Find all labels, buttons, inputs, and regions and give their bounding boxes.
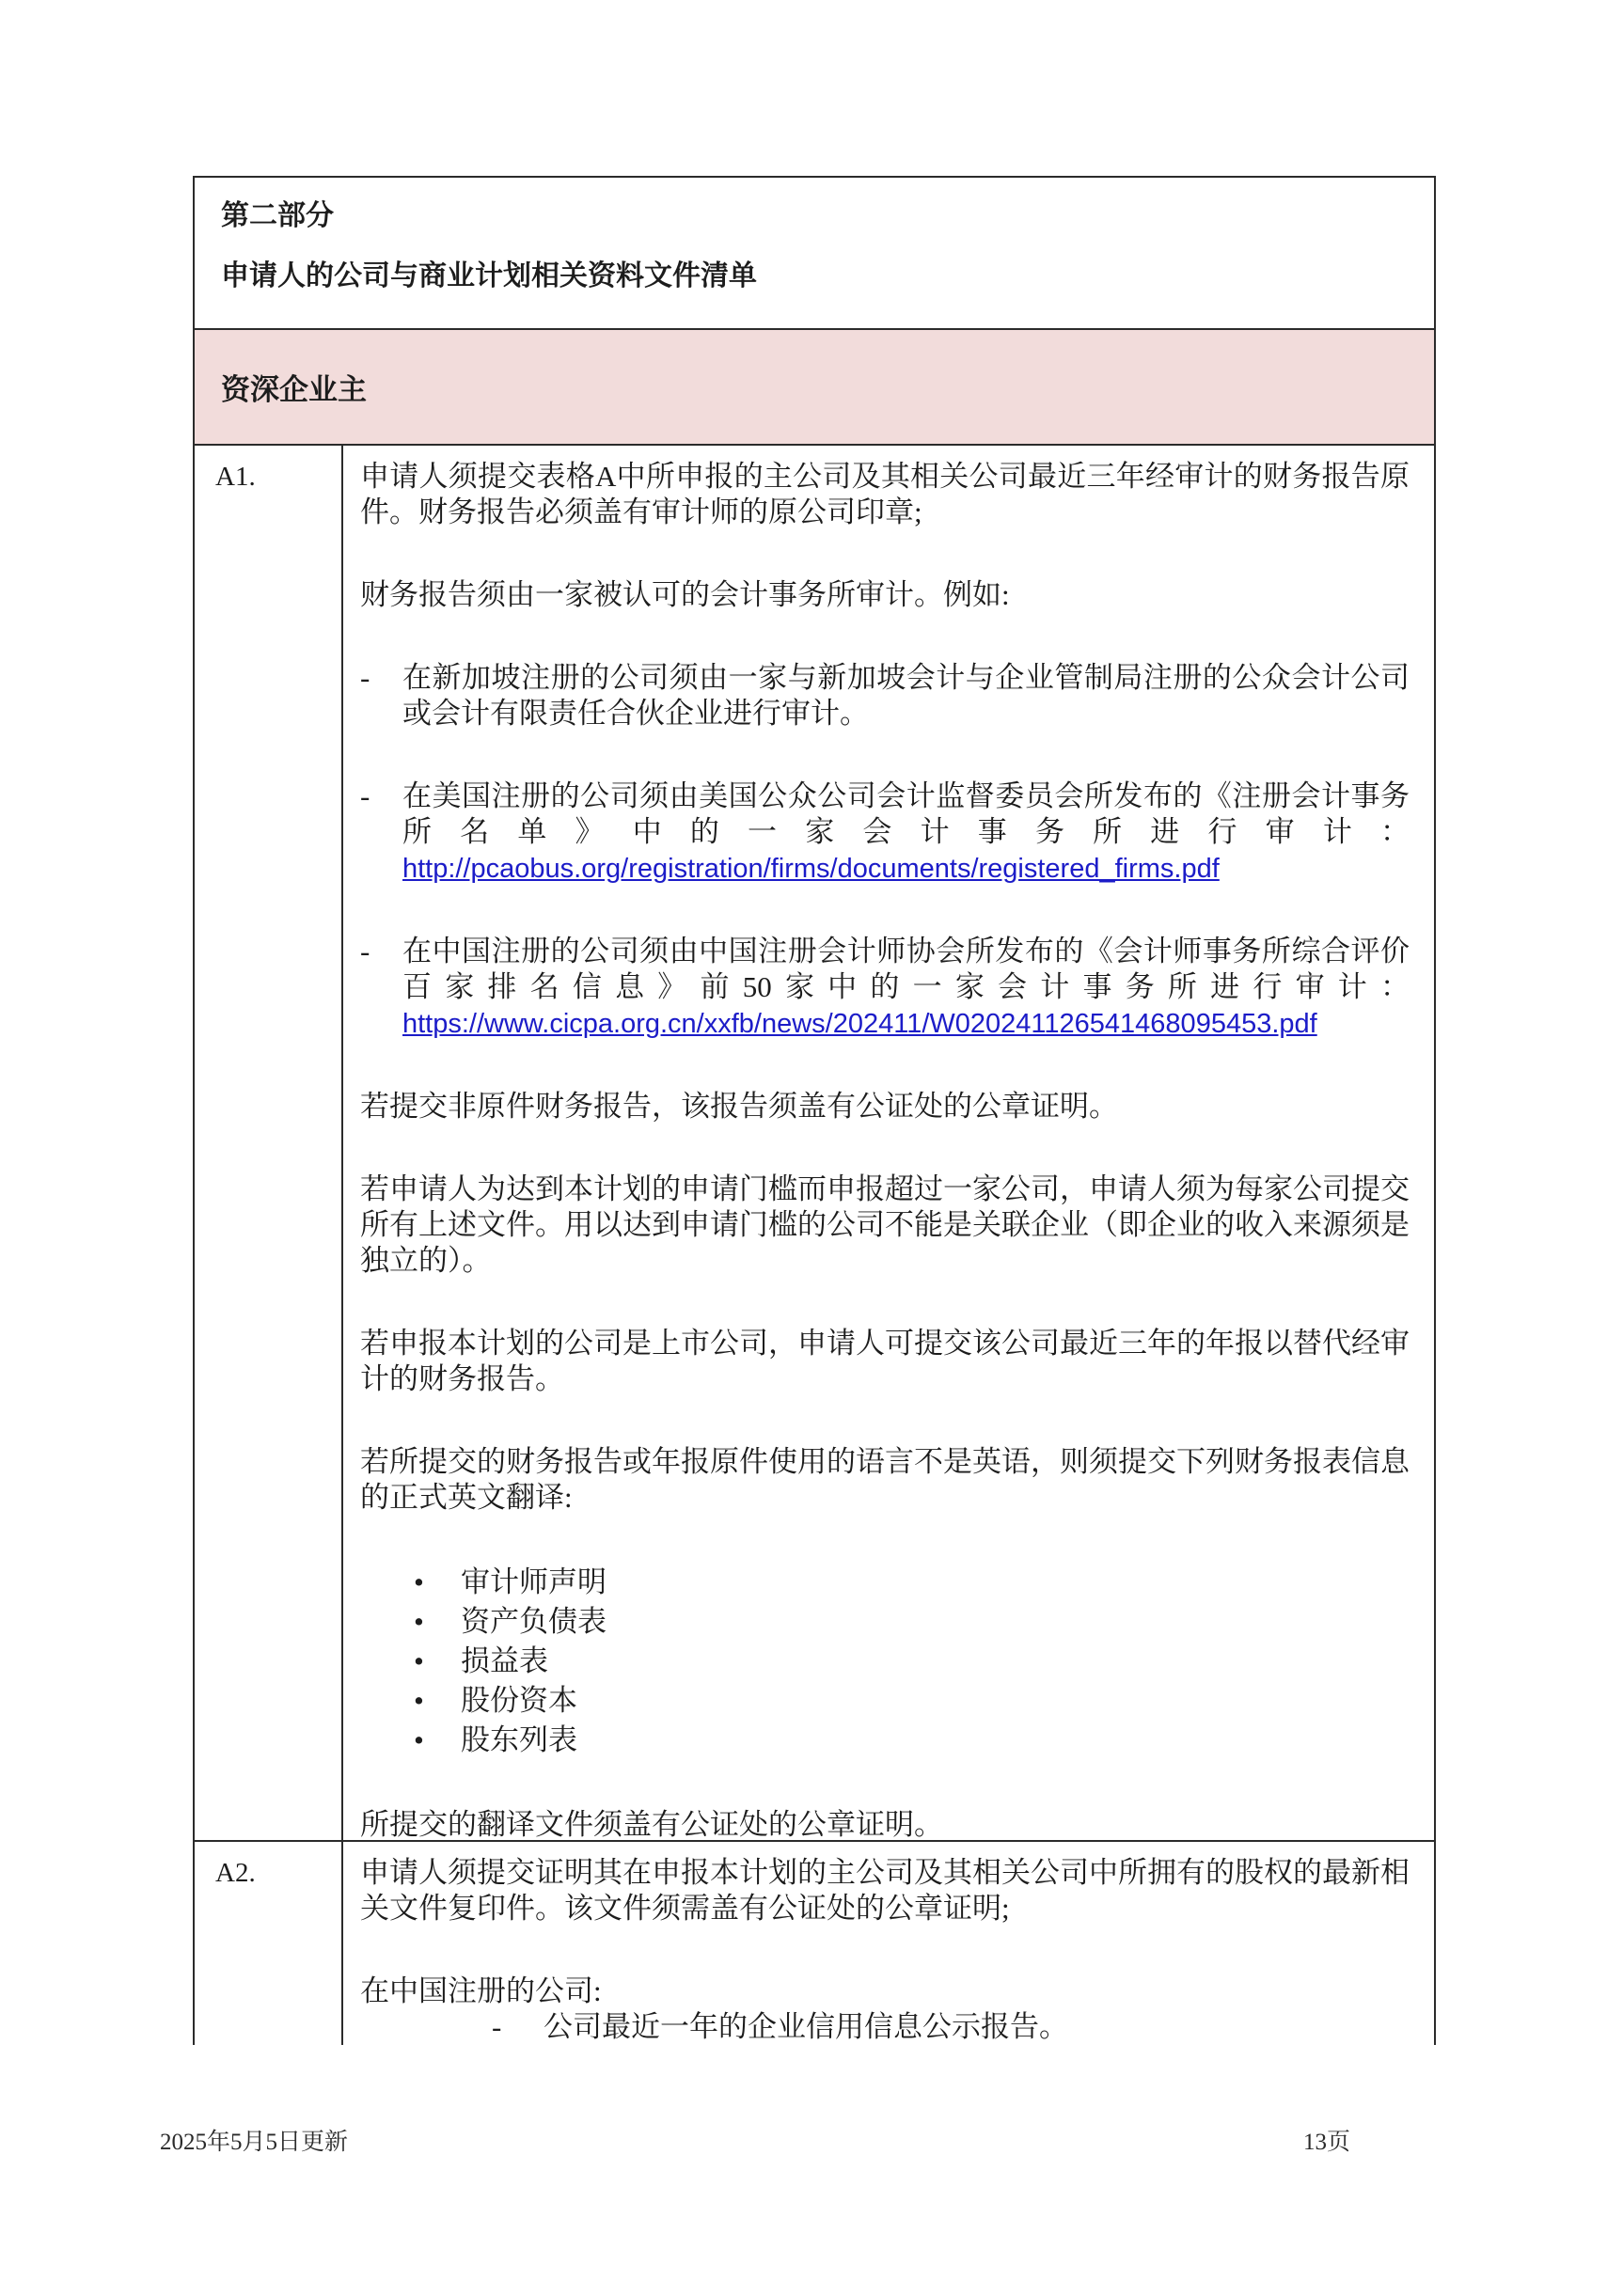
a2-paragraph-china-intro: 在中国注册的公司: xyxy=(360,1974,1410,2009)
dash-bullet-icon: - xyxy=(360,778,402,887)
round-bullet-icon: • xyxy=(414,1642,461,1681)
section-banner: 资深企业主 xyxy=(195,330,1434,446)
row-a2-content: 申请人须提交证明其在申报本计划的主公司及其相关公司中所拥有的股权的最新相关文件复… xyxy=(343,1842,1434,2045)
round-bullet-icon: • xyxy=(414,1602,461,1642)
a1-round-bullet-shareholder-list: 股东列表 xyxy=(461,1721,1410,1760)
footer-page-number: 13页 xyxy=(1303,2123,1350,2157)
a1-round-bullet-balance-sheet: 资产负债表 xyxy=(461,1602,1410,1642)
a1-dash-bullet-china-text: 在中国注册的公司须由中国注册会计师协会所发布的《会计师事务所综合评价百家排名信息… xyxy=(402,934,1410,1042)
a1-paragraph-multiple-companies: 若申请人为达到本计划的申请门槛而申报超过一家公司，申请人须为每家公司提交所有上述… xyxy=(360,1172,1410,1279)
a1-round-bullet-income-statement: 损益表 xyxy=(461,1642,1410,1681)
a2-dash-bullet-credit-report-text: 公司最近一年的企业信用信息公示报告。 xyxy=(544,2009,1410,2045)
cicpa-ranking-link[interactable]: https://www.cicpa.org.cn/xxfb/news/20241… xyxy=(402,1006,1317,1042)
part-title: 第二部分 xyxy=(221,198,1406,234)
footer-updated-date: 2025年5月5日更新 xyxy=(160,2123,348,2157)
a1-dash-bullet-singapore-text: 在新加坡注册的公司须由一家与新加坡会计与企业管制局注册的公众会计公司或会计有限责… xyxy=(402,660,1410,731)
a1-paragraph-listed-company: 若申报本计划的公司是上市公司，申请人可提交该公司最近三年的年报以替代经审计的财务… xyxy=(360,1326,1410,1397)
dash-bullet-icon: - xyxy=(360,934,402,1042)
a1-paragraph-intro: 申请人须提交表格A中所申报的主公司及其相关公司最近三年经审计的财务报告原件。财务… xyxy=(360,459,1410,530)
dash-bullet-icon: - xyxy=(360,660,402,731)
document-table: 第二部分 申请人的公司与商业计划相关资料文件清单 资深企业主 A1. 申请人须提… xyxy=(193,176,1436,2045)
a2-dash-bullet-credit-report: - 公司最近一年的企业信用信息公示报告。 xyxy=(360,2009,1410,2045)
list-item: • 股东列表 xyxy=(360,1721,1410,1760)
a1-round-bullet-share-capital: 股份资本 xyxy=(461,1681,1410,1721)
row-a2-label: A2. xyxy=(195,1842,343,2045)
document-page: 第二部分 申请人的公司与商业计划相关资料文件清单 资深企业主 A1. 申请人须提… xyxy=(0,0,1623,2296)
a1-paragraph-translation-notarized: 所提交的翻译文件须盖有公证处的公章证明。 xyxy=(360,1807,1410,1840)
pcaob-registered-firms-link[interactable]: http://pcaobus.org/registration/firms/do… xyxy=(402,851,1220,887)
round-bullet-icon: • xyxy=(414,1563,461,1602)
a1-paragraph-example: 财务报告须由一家被认可的会计事务所审计。例如: xyxy=(360,577,1410,613)
round-bullet-icon: • xyxy=(414,1681,461,1721)
table-header-row: 第二部分 申请人的公司与商业计划相关资料文件清单 xyxy=(195,178,1434,330)
a1-paragraph-translation: 若所提交的财务报告或年报原件使用的语言不是英语，则须提交下列财务报表信息的正式英… xyxy=(360,1444,1410,1516)
a1-round-bullet-auditor-statement: 审计师声明 xyxy=(461,1563,1410,1602)
a1-translation-items-list: • 审计师声明 • 资产负债表 • 损益表 • 股份资本 xyxy=(360,1563,1410,1760)
table-row-a2: A2. 申请人须提交证明其在申报本计划的主公司及其相关公司中所拥有的股权的最新相… xyxy=(195,1842,1434,2045)
a1-dash-bullet-china-label: 在中国注册的公司须由中国注册会计师协会所发布的《会计师事务所综合评价百家排名信息… xyxy=(402,935,1410,1003)
document-subtitle: 申请人的公司与商业计划相关资料文件清单 xyxy=(221,259,1406,294)
list-item: • 审计师声明 xyxy=(360,1563,1410,1602)
list-item: • 股份资本 xyxy=(360,1681,1410,1721)
section-banner-label: 资深企业主 xyxy=(221,366,367,408)
row-a1-label: A1. xyxy=(195,446,343,1840)
a1-dash-bullet-usa-text: 在美国注册的公司须由美国公众公司会计监督委员会所发布的《注册会计事务所名单》中的… xyxy=(402,778,1410,887)
round-bullet-icon: • xyxy=(414,1721,461,1760)
row-a1-content: 申请人须提交表格A中所申报的主公司及其相关公司最近三年经审计的财务报告原件。财务… xyxy=(343,446,1434,1840)
a2-paragraph-equity: 申请人须提交证明其在申报本计划的主公司及其相关公司中所拥有的股权的最新相关文件复… xyxy=(360,1855,1410,1926)
table-row-a1: A1. 申请人须提交表格A中所申报的主公司及其相关公司最近三年经审计的财务报告原… xyxy=(195,446,1434,1842)
dash-bullet-icon: - xyxy=(492,2009,544,2045)
list-item: • 损益表 xyxy=(360,1642,1410,1681)
list-item: • 资产负债表 xyxy=(360,1602,1410,1642)
a1-dash-bullet-singapore: - 在新加坡注册的公司须由一家与新加坡会计与企业管制局注册的公众会计公司或会计有… xyxy=(360,660,1410,731)
a1-dash-bullet-china: - 在中国注册的公司须由中国注册会计师协会所发布的《会计师事务所综合评价百家排名… xyxy=(360,934,1410,1042)
a1-dash-bullet-usa: - 在美国注册的公司须由美国公众公司会计监督委员会所发布的《注册会计事务所名单》… xyxy=(360,778,1410,887)
a1-paragraph-notarized: 若提交非原件财务报告，该报告须盖有公证处的公章证明。 xyxy=(360,1089,1410,1124)
a1-dash-bullet-usa-label: 在美国注册的公司须由美国公众公司会计监督委员会所发布的《注册会计事务所名单》中的… xyxy=(402,779,1410,848)
